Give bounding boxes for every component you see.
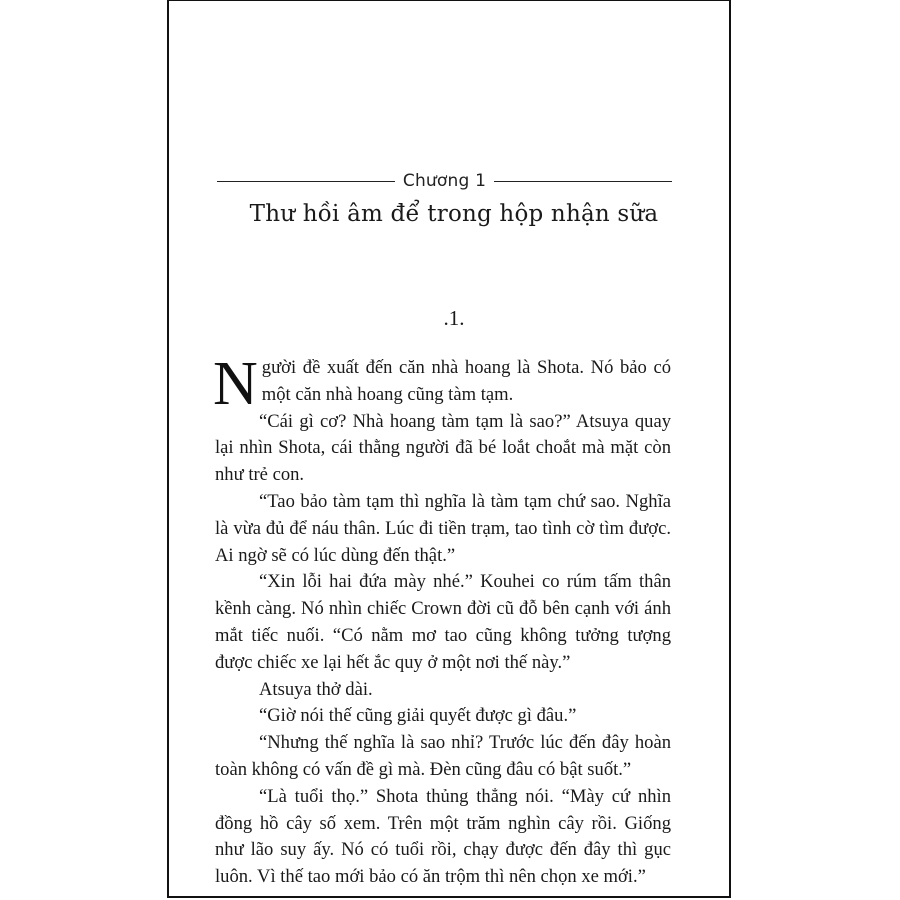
paragraph: “Giờ nói thế cũng giải quyết được gì đâu… bbox=[215, 703, 671, 730]
paragraph: Người đề xuất đến căn nhà hoang là Shota… bbox=[215, 355, 671, 409]
chapter-rule-right bbox=[494, 181, 672, 182]
paragraph: “Cái gì cơ? Nhà hoang tàm tạm là sao?” A… bbox=[215, 409, 671, 489]
paragraph: “Nhưng thế nghĩa là sao nhỉ? Trước lúc đ… bbox=[215, 730, 671, 784]
section-number: .1. bbox=[169, 306, 729, 331]
drop-cap: N bbox=[213, 361, 258, 407]
paragraph: Atsuya thở dài. bbox=[215, 677, 671, 704]
paragraph: “Xin lỗi hai đứa mày nhé.” Kouhei co rúm… bbox=[215, 569, 671, 676]
paragraph: “Là tuổi thọ.” Shota thủng thẳng nói. “M… bbox=[215, 784, 671, 891]
chapter-title: Thư hồi âm để trong hộp nhận sữa bbox=[169, 201, 729, 227]
chapter-heading: Chương 1 bbox=[217, 171, 672, 191]
body-text: Người đề xuất đến căn nhà hoang là Shota… bbox=[215, 355, 671, 891]
chapter-label: Chương 1 bbox=[395, 171, 494, 191]
chapter-rule-left bbox=[217, 181, 395, 182]
paragraph-text: gười đề xuất đến căn nhà hoang là Shota.… bbox=[262, 357, 671, 405]
book-page: Chương 1 Thư hồi âm để trong hộp nhận sữ… bbox=[167, 0, 731, 898]
paragraph: “Tao bảo tàm tạm thì nghĩa là tàm tạm ch… bbox=[215, 489, 671, 569]
